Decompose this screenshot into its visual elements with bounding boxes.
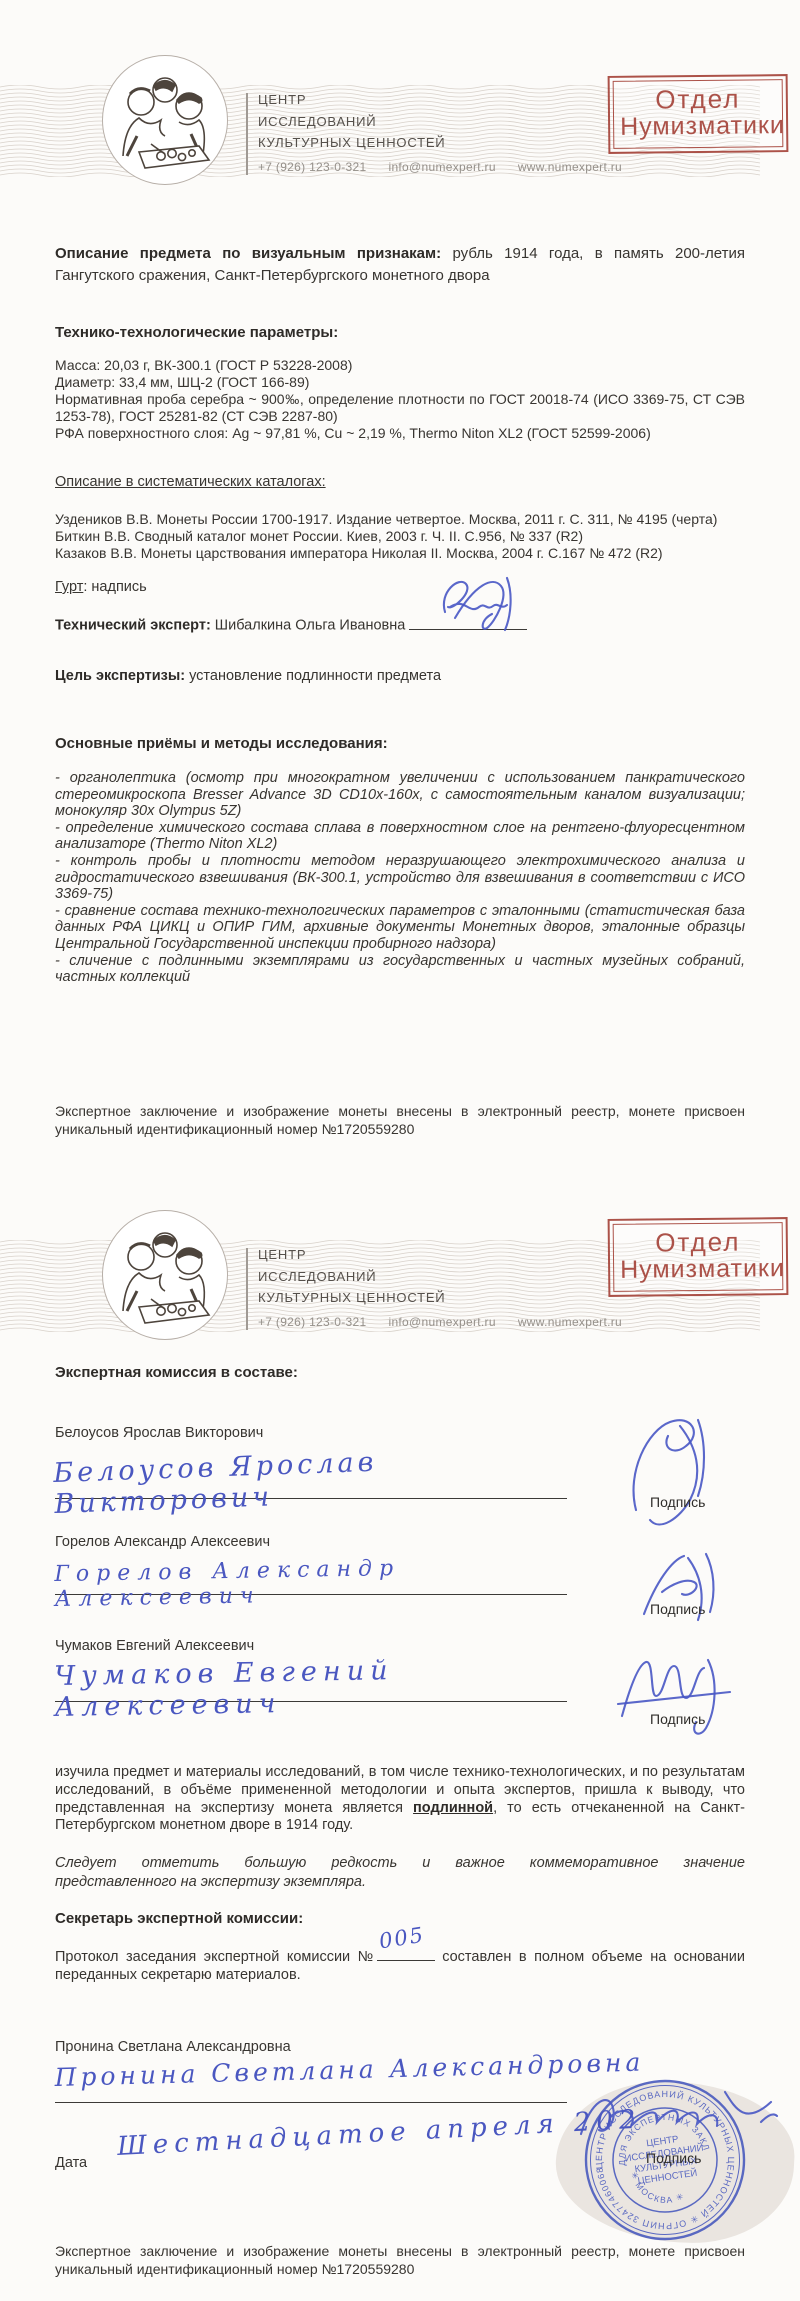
date-label: Дата	[55, 2155, 87, 2171]
email-address[interactable]: info@numexpert.ru	[388, 160, 495, 174]
member-handwritten-name: Горелов Александр Алексеевич	[55, 1556, 567, 1595]
method-item: - сличение с подлинными экземплярами из …	[55, 953, 745, 986]
catalogs-title: Описание в систематических каталогах:	[55, 474, 745, 490]
tech-expert-name: Шибалкина Ольга Ивановна	[211, 618, 406, 634]
method-item: - контроль пробы и плотности методом нер…	[55, 853, 745, 903]
protocol-number-line: 005	[377, 1946, 435, 1961]
method-item: - сравнение состава технико-технологичес…	[55, 903, 745, 953]
tech-param-diameter: Диаметр: 33,4 мм, ШЦ-2 (ГОСТ 166-89)	[55, 374, 745, 391]
tech-params-list: Масса: 20,03 г, ВК-300.1 (ГОСТ Р 53228-2…	[55, 357, 745, 442]
header-divider	[246, 1248, 248, 1330]
org-logo	[102, 1210, 228, 1340]
method-item: - определение химического состава сплава…	[55, 820, 745, 853]
signature-caption: Подпись	[650, 1711, 705, 1727]
tech-param-fineness: Нормативная проба серебра ~ 900‰, опреде…	[55, 391, 745, 425]
dept-stamp-line2: Нумизматики	[620, 1255, 776, 1284]
authentic-highlight: подлинной	[413, 1800, 493, 1816]
purpose-row: Цель экспертизы: установление подлинност…	[55, 668, 745, 684]
org-logo	[102, 55, 228, 185]
dept-stamp-line2: Нумизматики	[620, 112, 776, 141]
org-contacts: +7 (926) 123-0-321info@numexpert.ruwww.n…	[258, 1315, 644, 1329]
letterhead-page2: ЦЕНТР ИССЛЕДОВАНИЙ КУЛЬТУРНЫХ ЦЕННОСТЕЙ …	[0, 1180, 800, 1350]
org-contacts: +7 (926) 123-0-321info@numexpert.ruwww.n…	[258, 160, 644, 174]
signature-caption: Подпись	[650, 1601, 705, 1617]
purpose-label: Цель экспертизы:	[55, 668, 185, 684]
document-scan: ЦЕНТР ИССЛЕДОВАНИЙ КУЛЬТУРНЫХ ЦЕННОСТЕЙ …	[0, 0, 800, 2301]
member-handwritten-name: Белоусов Ярослав Викторович	[55, 1452, 567, 1499]
visual-description-lead: Описание предмета по визуальным признака…	[55, 245, 441, 262]
catalog-entry: Биткин В.В. Сводный каталог монет России…	[55, 528, 745, 545]
signature-caption: Подпись	[646, 2150, 701, 2166]
methods-title: Основные приёмы и методы исследования:	[55, 735, 745, 752]
phone-number: +7 (926) 123-0-321	[258, 160, 366, 174]
protocol-paragraph: Протокол заседания экспертной комиссии №…	[55, 1946, 745, 1985]
logo-experts-drawing-icon	[103, 56, 227, 184]
registry-note-page1: Экспертное заключение и изображение моне…	[55, 1103, 745, 1138]
catalog-entries: Уздеников В.В. Монеты России 1700-1917. …	[55, 511, 745, 561]
edge-label: Гурт	[55, 579, 83, 595]
tech-expert-label: Технический эксперт:	[55, 618, 211, 634]
numismatics-dept-stamp: Отдел Нумизматики	[608, 1217, 789, 1297]
org-name: ЦЕНТР ИССЛЕДОВАНИЙ КУЛЬТУРНЫХ ЦЕННОСТЕЙ	[258, 89, 445, 154]
visual-description: Описание предмета по визуальным признака…	[55, 243, 745, 287]
tech-params-title: Технико-технологические параметры:	[55, 324, 745, 341]
signature-caption: Подпись	[650, 1494, 705, 1510]
secretary-title: Секретарь экспертной комиссии:	[55, 1910, 745, 1927]
dept-stamp-line1: Отдел	[620, 84, 776, 114]
tech-param-mass: Масса: 20,03 г, ВК-300.1 (ГОСТ Р 53228-2…	[55, 357, 745, 374]
method-item: - органолептика (осмотр при многократном…	[55, 770, 745, 820]
org-name: ЦЕНТР ИССЛЕДОВАНИЙ КУЛЬТУРНЫХ ЦЕННОСТЕЙ	[258, 1244, 445, 1309]
tech-expert-row: Технический эксперт: Шибалкина Ольга Ива…	[55, 614, 745, 634]
edge-row: Гурт: надпись	[55, 579, 745, 595]
phone-number: +7 (926) 123-0-321	[258, 1315, 366, 1329]
methods-list: - органолептика (осмотр при многократном…	[55, 770, 745, 986]
registry-note-page2: Экспертное заключение и изображение моне…	[55, 2243, 745, 2278]
commission-title: Экспертная комиссия в составе:	[55, 1364, 745, 1381]
logo-experts-drawing-icon	[103, 1211, 227, 1339]
member-handwritten-name: Чумаков Евгений Алексеевич	[55, 1656, 567, 1702]
signature-tech-expert	[435, 570, 533, 636]
website-url[interactable]: www.numexpert.ru	[518, 1315, 622, 1329]
tech-param-xrf: РФА поверхностного слоя: Ag ~ 97,81 %, C…	[55, 425, 745, 442]
numismatics-dept-stamp: Отдел Нумизматики	[608, 74, 789, 154]
email-address[interactable]: info@numexpert.ru	[388, 1315, 495, 1329]
secretary-handwritten-name: Пронина Светлана Александровна	[55, 2056, 567, 2103]
remark-paragraph: Следует отметить большую редкость и важн…	[55, 1854, 745, 1892]
catalog-entry: Казаков В.В. Монеты царствования императ…	[55, 545, 745, 562]
conclusion-paragraph: изучила предмет и материалы исследований…	[55, 1764, 745, 1835]
dept-stamp-line1: Отдел	[620, 1227, 776, 1257]
header-divider	[246, 93, 248, 175]
letterhead-page1: ЦЕНТР ИССЛЕДОВАНИЙ КУЛЬТУРНЫХ ЦЕННОСТЕЙ …	[0, 25, 800, 195]
protocol-number-handwritten: 005	[378, 1926, 426, 1951]
catalog-entry: Уздеников В.В. Монеты России 1700-1917. …	[55, 511, 745, 528]
signature-belousov	[618, 1412, 730, 1536]
website-url[interactable]: www.numexpert.ru	[518, 160, 622, 174]
